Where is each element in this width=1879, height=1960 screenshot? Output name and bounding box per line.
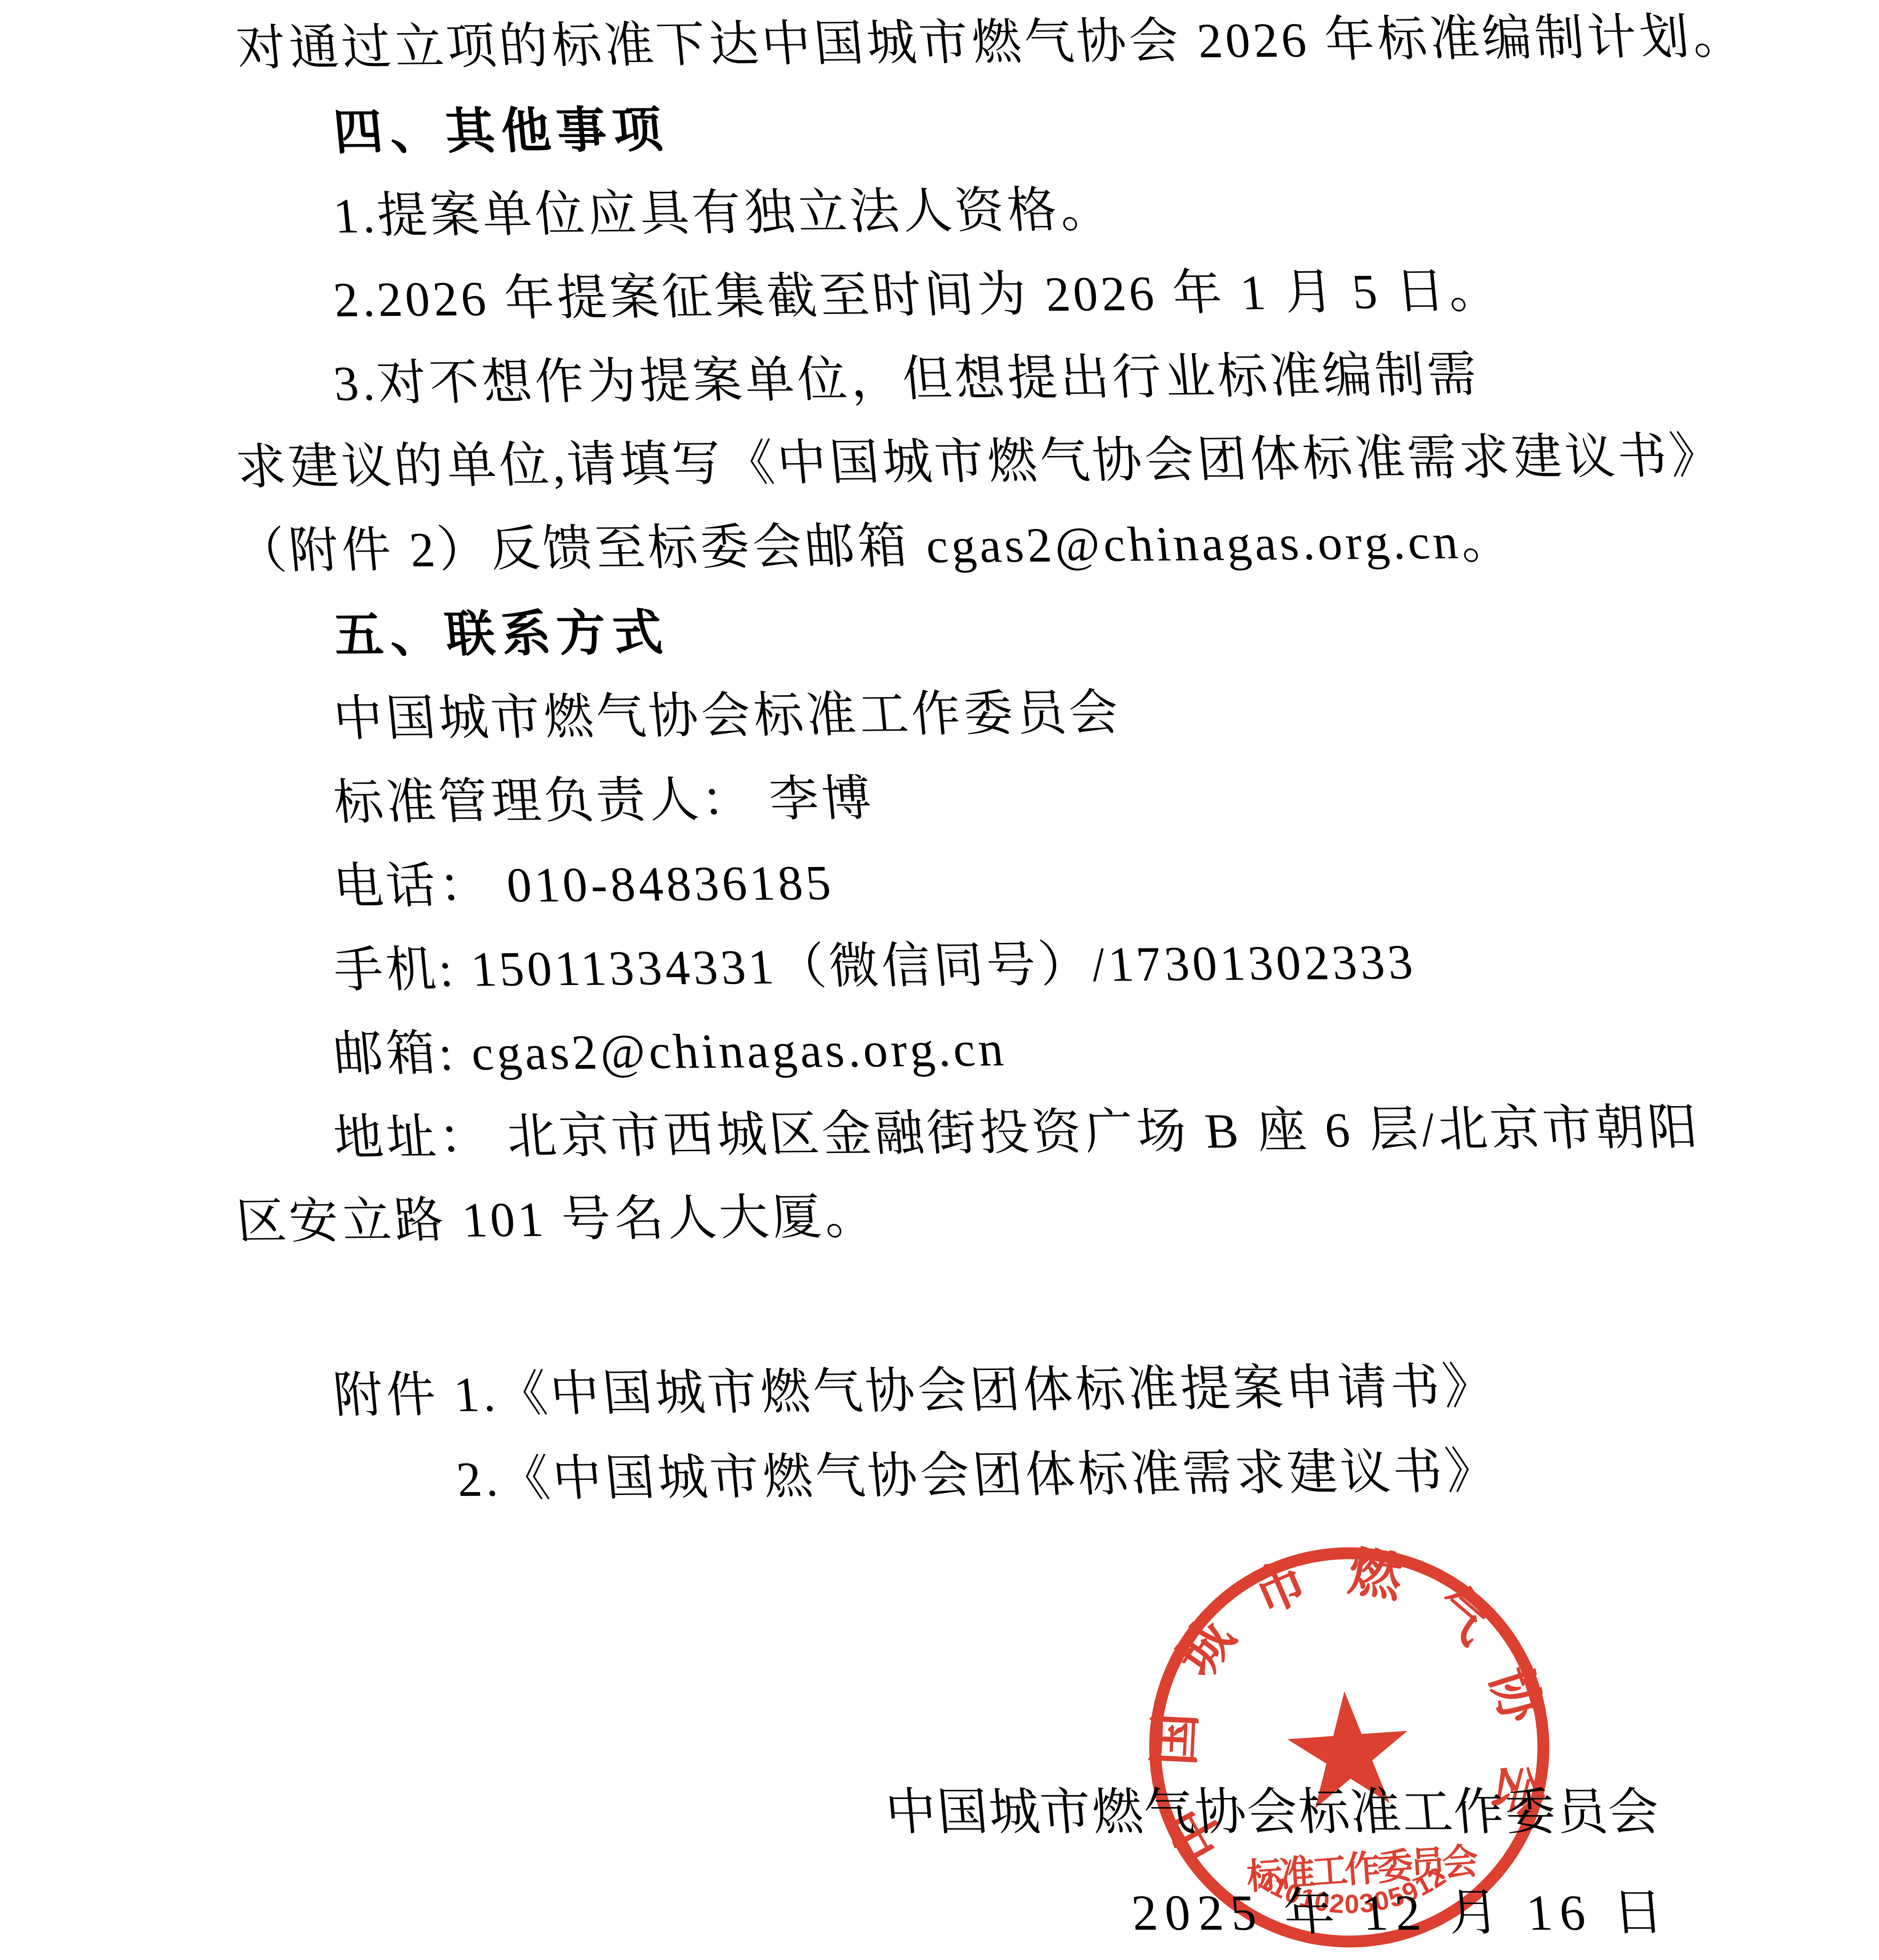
contact-email-line: 邮箱: cgas2@chinagas.org.cn [331,1022,1008,1083]
body-line: 2.2026 年提案征集截至时间为 2026 年 1 月 5 日。 [331,264,1503,328]
official-seal: 中国城市燃气协会 标准工作委员会 1101020305912 [1140,1538,1558,1957]
attachment-line-2: 2.《中国城市燃气协会团体标准需求建议书》 [454,1444,1501,1508]
star-icon [1284,1687,1413,1810]
body-line: 3.对不想作为提案单位，但想提出行业标准编制需 [331,348,1482,412]
contact-org-line: 中国城市燃气协会标准工作委员会 [331,686,1124,747]
section-heading-5: 五、联系方式 [331,605,671,663]
attachment-line-1: 附件 1.《中国城市燃气协会团体标准提案申请书》 [331,1360,1498,1424]
section-heading-4: 四、其他事项 [331,102,671,160]
contact-mobile-line: 手机: 15011334331（微信同号）/17301302333 [331,935,1418,998]
body-line: 求建议的单位,请填写《中国城市燃气协会团体标准需求建议书》 [234,429,1725,495]
contact-phone-line: 电话： 010-84836185 [331,856,836,915]
document-page: 对通过立项的标准下达中国城市燃气协会 2026 年标准编制计划。 四、其他事项 … [0,0,1879,1960]
contact-address-line: 地址： 北京市西城区金融街投资广场 B 座 6 层/北京市朝阳 [331,1100,1703,1166]
body-line-email: （附件 2）反馈至标委会邮箱 cgas2@chinagas.org.cn。 [234,514,1516,580]
body-line: 1.提案单位应具有独立法人资格。 [331,183,1115,244]
contact-person-line: 标准管理负责人： 李博 [331,771,877,831]
contact-address-line2: 区安立路 101 号名人大厦。 [234,1190,879,1250]
body-line: 对通过立项的标准下达中国城市燃气协会 2026 年标准编制计划。 [234,9,1747,77]
